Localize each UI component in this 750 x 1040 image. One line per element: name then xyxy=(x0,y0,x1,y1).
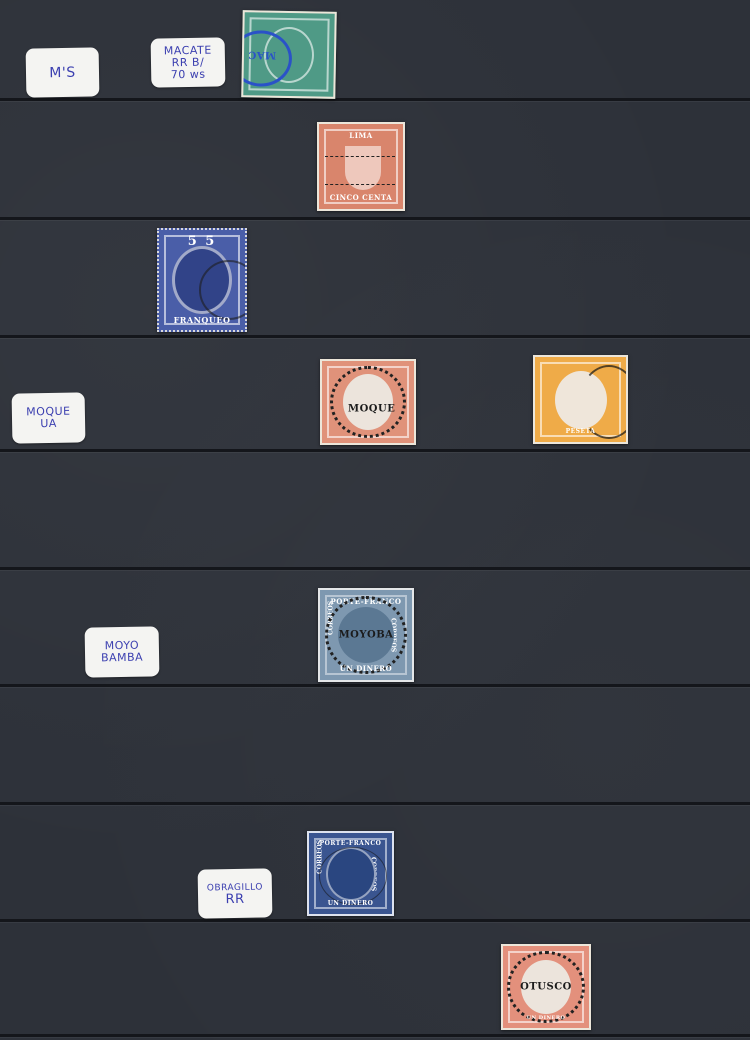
strip-divider xyxy=(0,98,750,101)
cancel-text: OTUSCO xyxy=(520,982,572,993)
strip-divider xyxy=(0,919,750,922)
strip-divider xyxy=(0,684,750,687)
label-line: M'S xyxy=(49,66,76,78)
cancel-lines xyxy=(325,156,395,157)
stamp-red-otusco: OTUSCO UN DINERO xyxy=(501,944,591,1030)
label-macate: MACATE RR B/ 70 ws xyxy=(151,37,226,87)
label-moyobamba: MOYO BAMBA xyxy=(85,626,160,677)
cancel-text: MAC xyxy=(248,48,276,59)
strip-divider xyxy=(0,335,750,338)
stamp-bottom-text: UN DINERO xyxy=(503,1015,589,1021)
stamp-bottom-text: FRANQUEO xyxy=(159,315,245,325)
cancel-dots xyxy=(330,366,406,438)
label-ms: M'S xyxy=(26,47,100,97)
label-line: UA xyxy=(40,418,57,430)
strip-divider xyxy=(0,217,750,220)
stamp-bottom-text: UN DINERO xyxy=(320,664,412,673)
stamp-green-macate: MAC xyxy=(241,10,337,99)
stamp-orange-peseta: PESETA xyxy=(533,355,628,444)
stamp-blue-franqueo: 5 5 FRANQUEO xyxy=(157,228,247,332)
stamp-red-moquegua: MOQUE xyxy=(320,359,416,445)
stamp-top-text: LIMA xyxy=(319,131,403,140)
label-line: BAMBA xyxy=(101,652,143,665)
stamp-blue-moyobamba: PORTE-FRANCO CORREOS CORREOS MOYOBA UN D… xyxy=(318,588,414,682)
stamp-blue-obrajillo: PORTE-FRANCO CORREOS CORREOS UN DINERO xyxy=(307,831,394,916)
cancel-text: MOQUE xyxy=(348,403,395,414)
stamp-bottom-text: UN DINERO xyxy=(309,900,392,907)
cancel-text: MOYOBA xyxy=(339,630,394,641)
stamp-bottom-text: CINCO CENTA xyxy=(319,193,403,202)
label-line: 70 ws xyxy=(171,68,206,81)
stamp-red-lima: LIMA CINCO CENTA xyxy=(317,122,405,211)
strip-divider xyxy=(0,1034,750,1037)
label-line: RR xyxy=(225,893,244,905)
stamp-bottom-text: PESETA xyxy=(535,428,626,435)
cancel-oval xyxy=(319,847,387,905)
label-obrajillo: OBRAGILLO RR xyxy=(198,868,273,918)
label-line: MACATE xyxy=(164,44,212,57)
cancel-lines xyxy=(325,184,395,185)
stock-page: M'S MACATE RR B/ 70 ws MOQUE UA MOYO BAM… xyxy=(0,0,750,1040)
strip-divider xyxy=(0,567,750,570)
strip-divider xyxy=(0,449,750,452)
label-moquegua: MOQUE UA xyxy=(12,392,86,443)
strip-divider xyxy=(0,802,750,805)
